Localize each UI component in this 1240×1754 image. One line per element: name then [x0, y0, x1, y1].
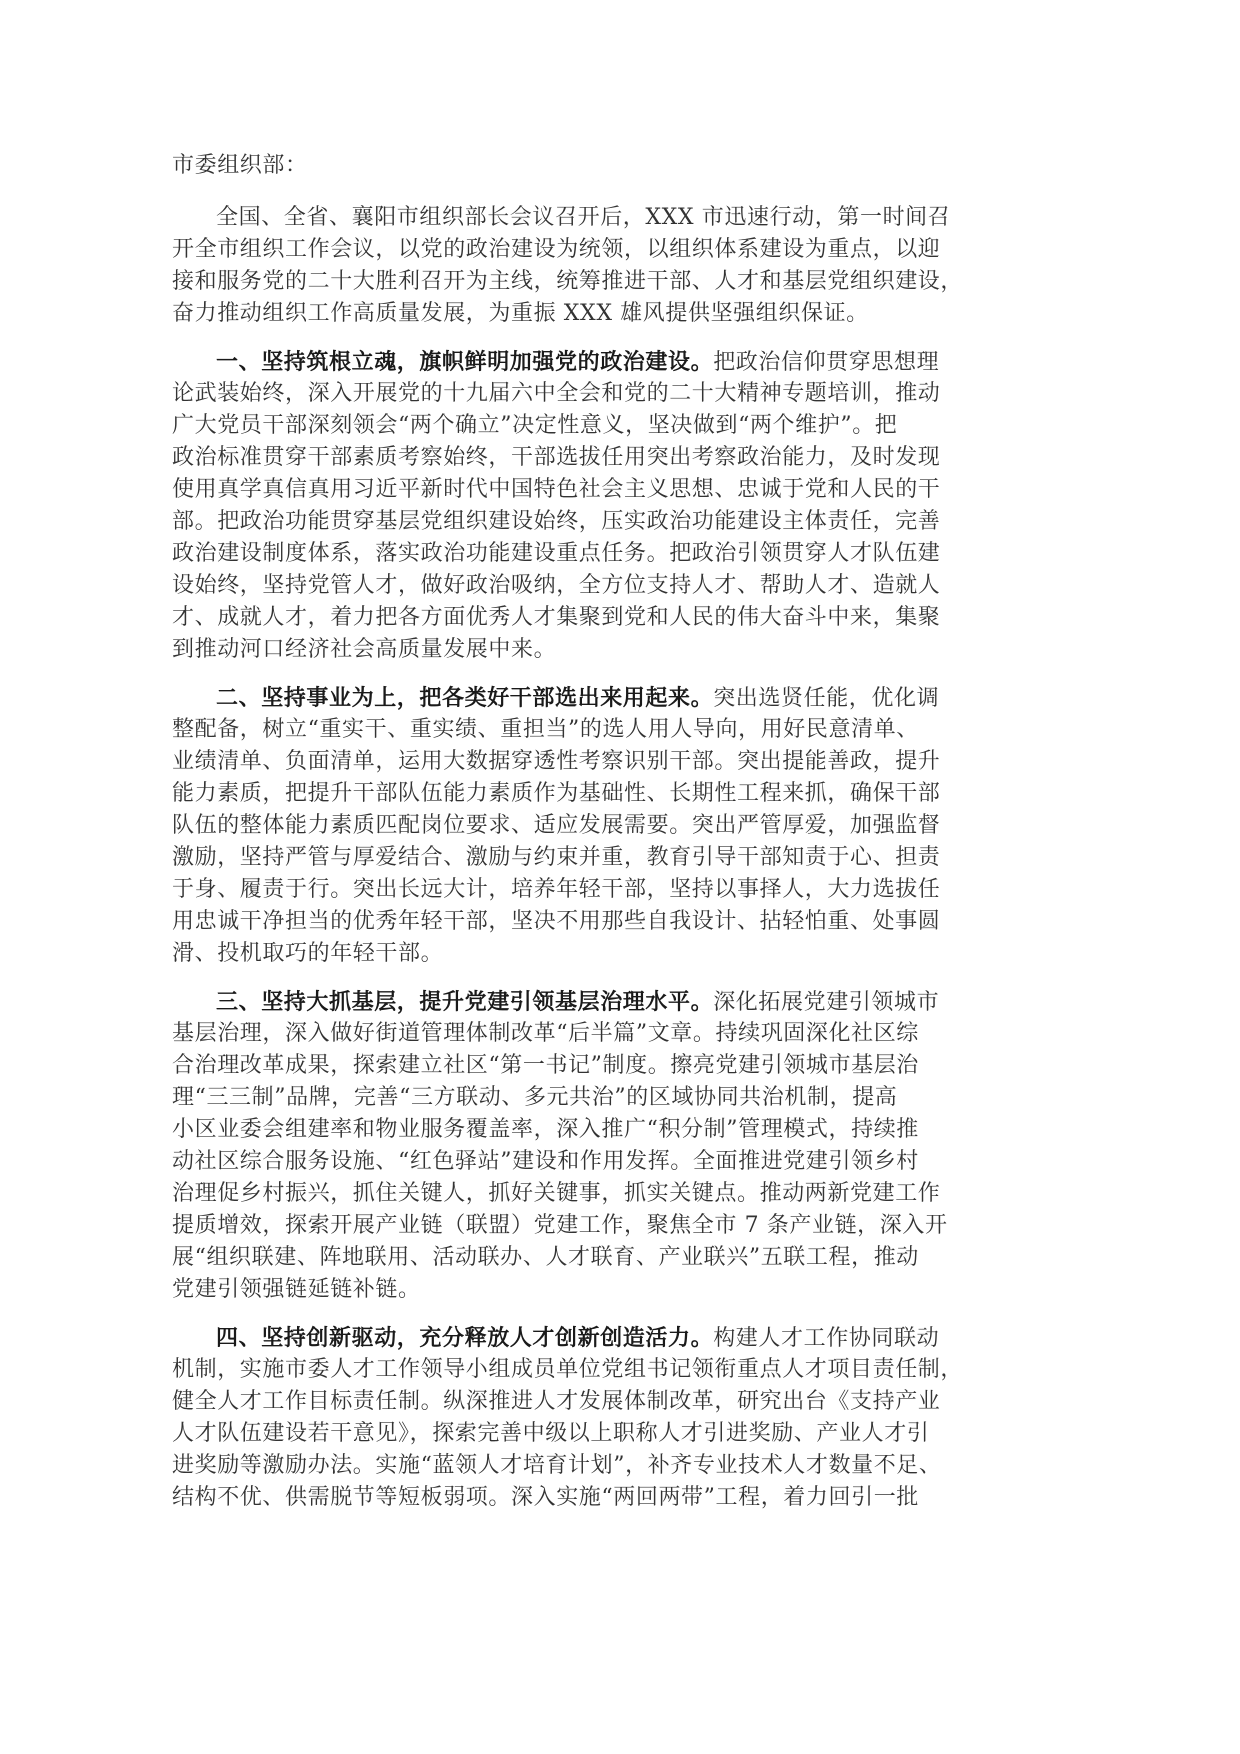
- section-line: 队伍的整体能力素质匹配岗位要求、适应发展需要。突出严管厚爱，加强监督: [172, 810, 1060, 842]
- section-line: 人才队伍建设若干意见》，探索完善中级以上职称人才引进奖励、产业人才引: [172, 1418, 1060, 1450]
- section-line: 到推动河口经济社会高质量发展中来。: [172, 634, 1060, 666]
- section-4-paragraph: 四、坚持创新驱动，充分释放人才创新创造活力。构建人才工作协同联动 机制，实施市委…: [172, 1322, 1060, 1514]
- section-line: 部。把政治功能贯穿基层党组织建设始终，压实政治功能建设主体责任，完善: [172, 506, 1060, 538]
- intro-line: 接和服务党的二十大胜利召开为主线，统筹推进干部、人才和基层党组织建设，: [172, 266, 1060, 298]
- section-2-paragraph: 二、坚持事业为上，把各类好干部选出来用起来。突出选贤任能，优化调 整配备，树立“…: [172, 682, 1060, 970]
- intro-line: 奋力推动组织工作高质量发展，为重振 XXX 雄风提供坚强组织保证。: [172, 298, 1060, 330]
- section-line: 广大党员干部深刻领会“两个确立”决定性意义，坚决做到“两个维护”。把: [172, 410, 1060, 442]
- section-line: 业绩清单、负面清单，运用大数据穿透性考察识别干部。突出提能善政，提升: [172, 746, 1060, 778]
- section-heading: 四、坚持创新驱动，充分释放人才创新创造活力。: [216, 1325, 713, 1351]
- section-heading: 二、坚持事业为上，把各类好干部选出来用起来。: [216, 685, 713, 711]
- section-line: 小区业委会组建率和物业服务覆盖率，深入推广“积分制”管理模式，持续推: [172, 1114, 1060, 1146]
- section-heading: 三、坚持大抓基层，提升党建引领基层治理水平。: [216, 989, 713, 1015]
- section-line: 设始终，坚持党管人才，做好政治吸纳，全方位支持人才、帮助人才、造就人: [172, 570, 1060, 602]
- section-line: 提质增效，探索开展产业链（联盟）党建工作，聚焦全市 7 条产业链，深入开: [172, 1210, 1060, 1242]
- section-line: 政治建设制度体系，落实政治功能建设重点任务。把政治引领贯穿人才队伍建: [172, 538, 1060, 570]
- section-line: 结构不优、供需脱节等短板弱项。深入实施“两回两带”工程，着力回引一批: [172, 1482, 1060, 1514]
- intro-paragraph: 全国、全省、襄阳市组织部长会议召开后，XXX 市迅速行动，第一时间召 开全市组织…: [172, 202, 1060, 330]
- section-line: 机制，实施市委人才工作领导小组成员单位党组书记领衔重点人才项目责任制，: [172, 1354, 1060, 1386]
- section-1-paragraph: 一、坚持筑根立魂，旗帜鲜明加强党的政治建设。把政治信仰贯穿思想理 论武装始终，深…: [172, 346, 1060, 666]
- section-text: 构建人才工作协同联动: [713, 1326, 939, 1351]
- section-line: 合治理改革成果，探索建立社区“第一书记”制度。擦亮党建引领城市基层治: [172, 1050, 1060, 1082]
- section-text: 深化拓展党建引领城市: [713, 990, 939, 1015]
- section-line: 用忠诚干净担当的优秀年轻干部，坚决不用那些自我设计、拈轻怕重、处事圆: [172, 906, 1060, 938]
- section-first-line: 二、坚持事业为上，把各类好干部选出来用起来。突出选贤任能，优化调: [172, 682, 1060, 714]
- section-line: 能力素质，把提升干部队伍能力素质作为基础性、长期性工程来抓，确保干部: [172, 778, 1060, 810]
- section-first-line: 一、坚持筑根立魂，旗帜鲜明加强党的政治建设。把政治信仰贯穿思想理: [172, 346, 1060, 378]
- section-line: 展“组织联建、阵地联用、活动联办、人才联育、产业联兴”五联工程，推动: [172, 1242, 1060, 1274]
- section-line: 基层治理，深入做好街道管理体制改革“后半篇”文章。持续巩固深化社区综: [172, 1018, 1060, 1050]
- section-3-paragraph: 三、坚持大抓基层，提升党建引领基层治理水平。深化拓展党建引领城市 基层治理，深入…: [172, 986, 1060, 1306]
- section-line: 于身、履责于行。突出长远大计，培养年轻干部，坚持以事择人，大力选拔任: [172, 874, 1060, 906]
- section-line: 进奖励等激励办法。实施“蓝领人才培育计划”，补齐专业技术人才数量不足、: [172, 1450, 1060, 1482]
- section-text: 把政治信仰贯穿思想理: [713, 350, 939, 375]
- intro-line: 开全市组织工作会议，以党的政治建设为统领，以组织体系建设为重点，以迎: [172, 234, 1060, 266]
- section-first-line: 三、坚持大抓基层，提升党建引领基层治理水平。深化拓展党建引领城市: [172, 986, 1060, 1018]
- section-line: 使用真学真信真用习近平新时代中国特色社会主义思想、忠诚于党和人民的干: [172, 474, 1060, 506]
- salutation: 市委组织部：: [172, 150, 1060, 182]
- section-line: 治理促乡村振兴，抓住关键人，抓好关键事，抓实关键点。推动两新党建工作: [172, 1178, 1060, 1210]
- section-line: 动社区综合服务设施、“红色驿站”建设和作用发挥。全面推进党建引领乡村: [172, 1146, 1060, 1178]
- section-line: 健全人才工作目标责任制。纵深推进人才发展体制改革，研究出台《支持产业: [172, 1386, 1060, 1418]
- section-line: 政治标准贯穿干部素质考察始终，干部选拔任用突出考察政治能力，及时发现: [172, 442, 1060, 474]
- document-page: 市委组织部： 全国、全省、襄阳市组织部长会议召开后，XXX 市迅速行动，第一时间…: [172, 150, 1060, 1514]
- section-line: 才、成就人才，着力把各方面优秀人才集聚到党和人民的伟大奋斗中来，集聚: [172, 602, 1060, 634]
- section-line: 论武装始终，深入开展党的十九届六中全会和党的二十大精神专题培训，推动: [172, 378, 1060, 410]
- intro-line: 全国、全省、襄阳市组织部长会议召开后，XXX 市迅速行动，第一时间召: [172, 202, 1060, 234]
- section-line: 党建引领强链延链补链。: [172, 1274, 1060, 1306]
- section-text: 突出选贤任能，优化调: [713, 686, 939, 711]
- section-line: 理“三三制”品牌，完善“三方联动、多元共治”的区域协同共治机制，提高: [172, 1082, 1060, 1114]
- section-line: 整配备，树立“重实干、重实绩、重担当”的选人用人导向，用好民意清单、: [172, 714, 1060, 746]
- section-heading: 一、坚持筑根立魂，旗帜鲜明加强党的政治建设。: [216, 349, 713, 375]
- section-line: 激励，坚持严管与厚爱结合、激励与约束并重，教育引导干部知责于心、担责: [172, 842, 1060, 874]
- section-first-line: 四、坚持创新驱动，充分释放人才创新创造活力。构建人才工作协同联动: [172, 1322, 1060, 1354]
- section-line: 滑、投机取巧的年轻干部。: [172, 938, 1060, 970]
